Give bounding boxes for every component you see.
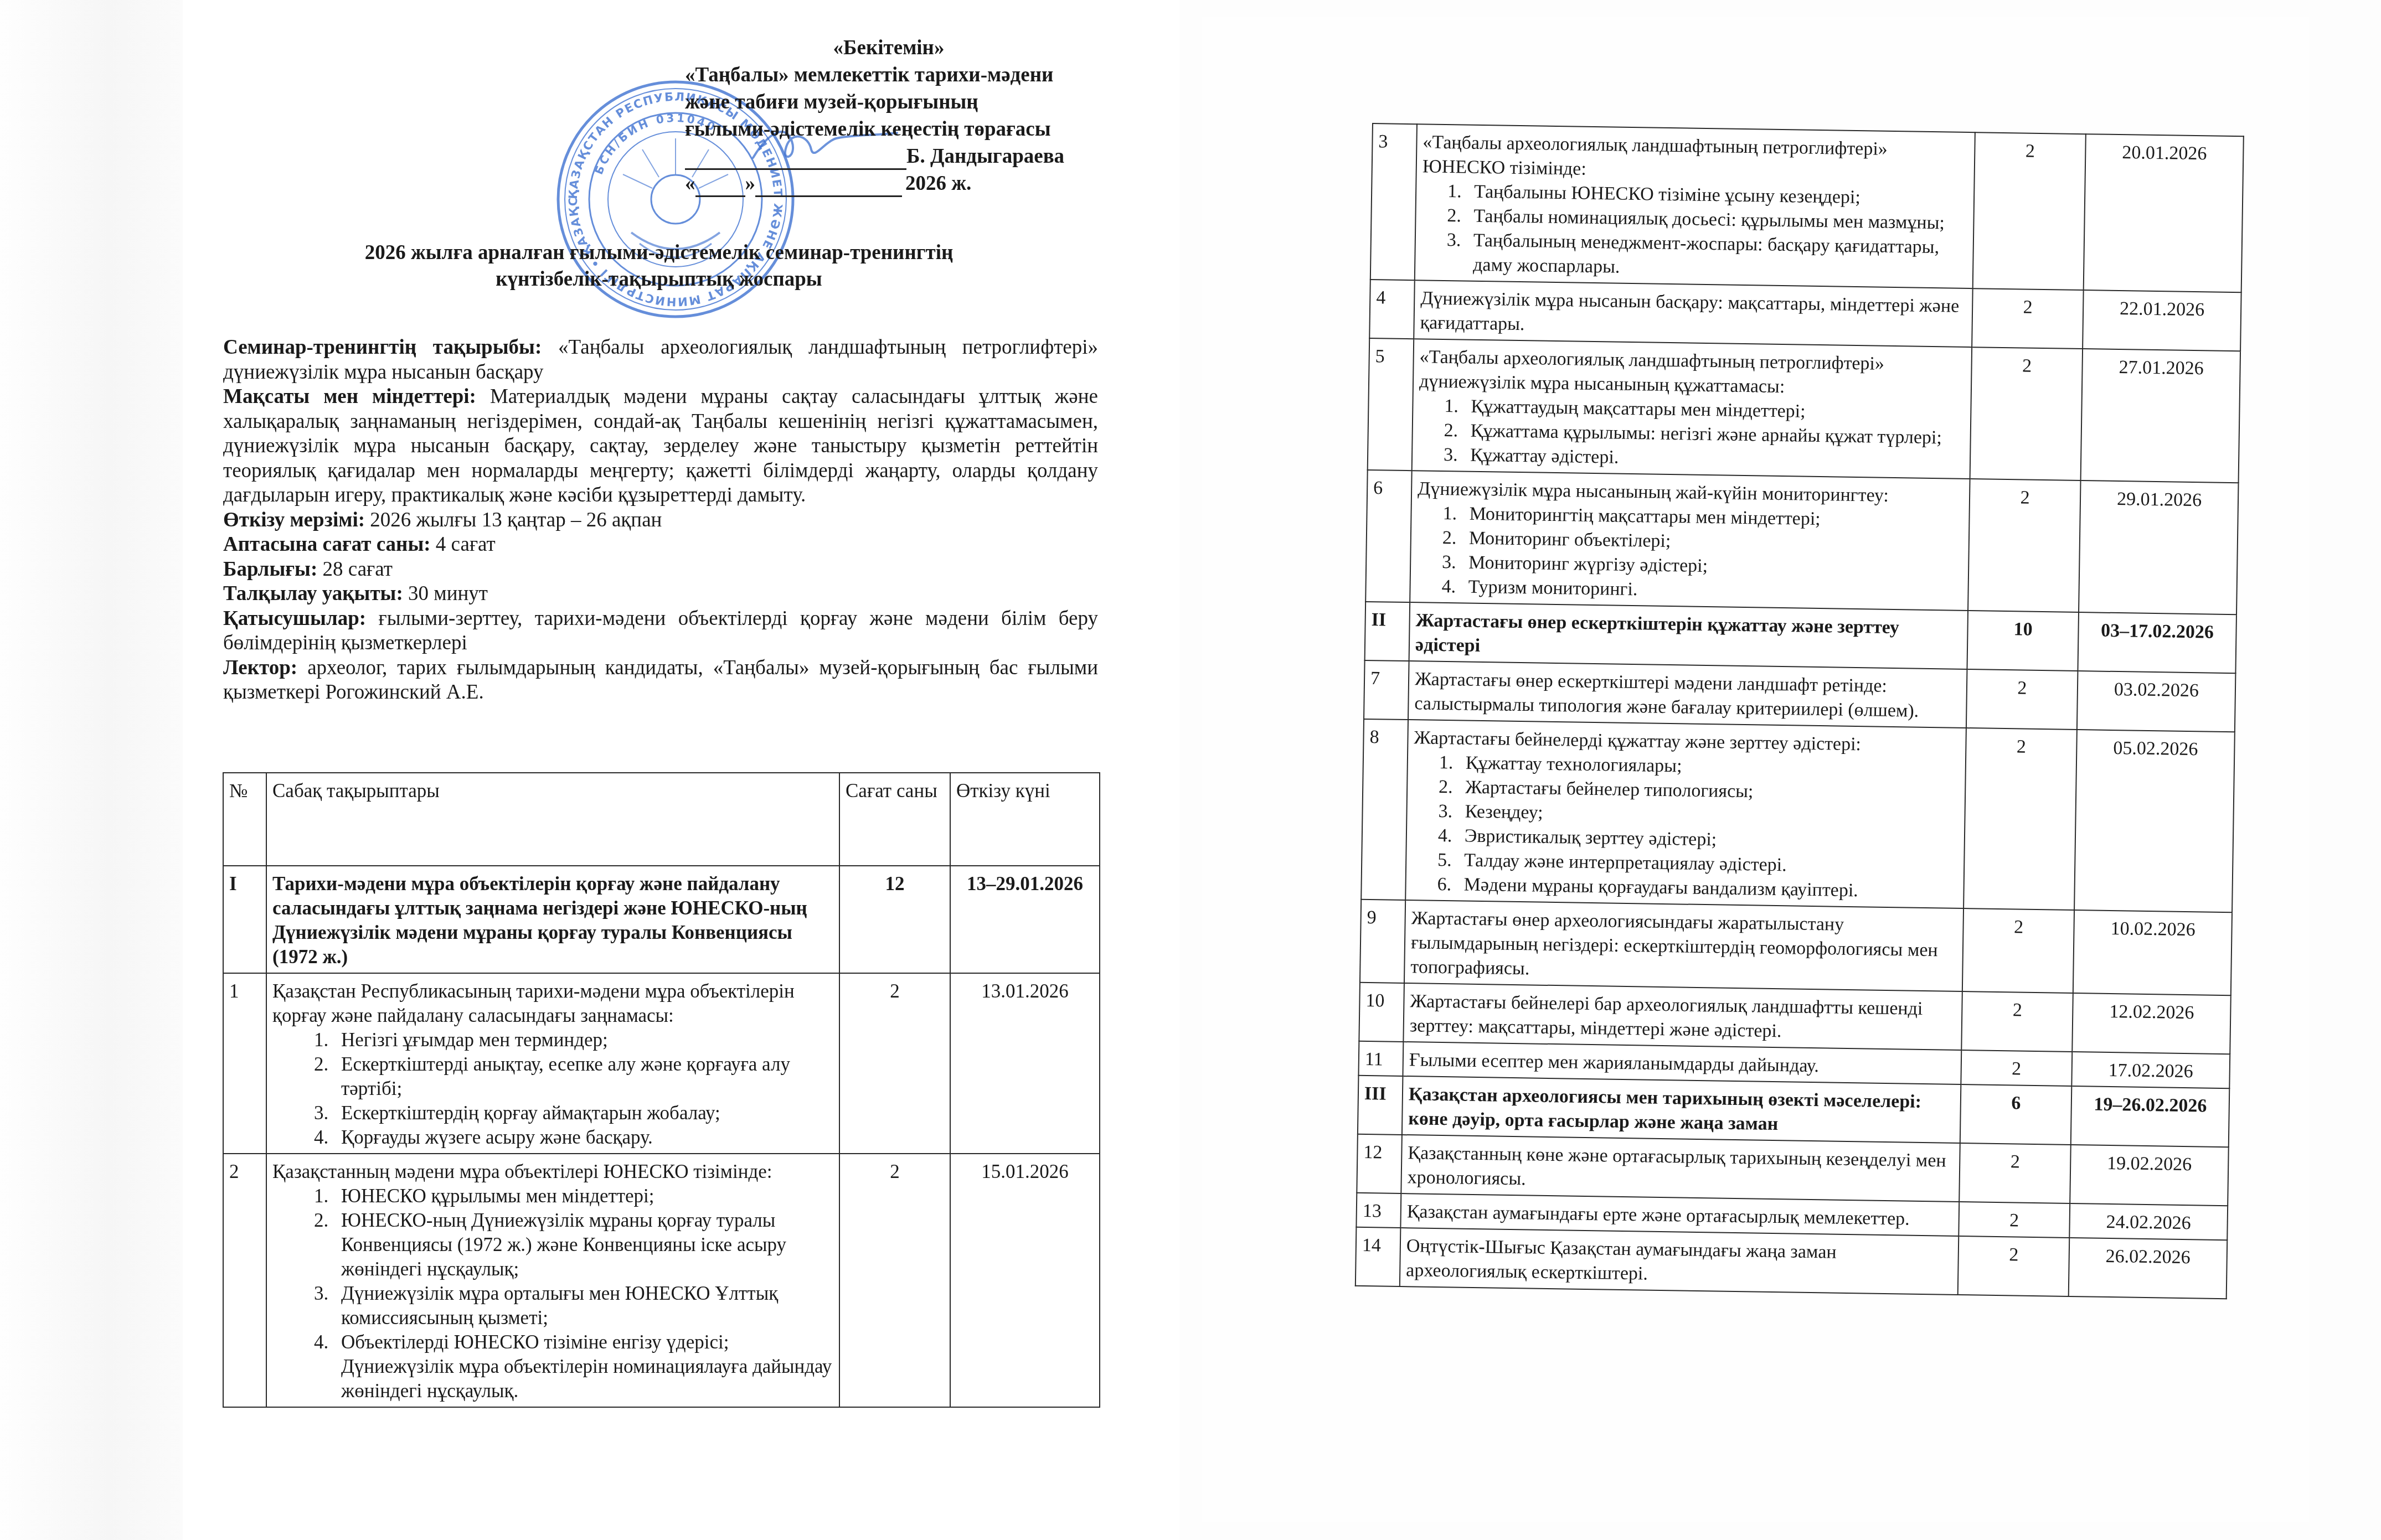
table-row: 1Қазақстан Республикасының тарихи-мәдени… [223, 973, 1100, 1154]
cell-hours: 2 [1963, 728, 2077, 910]
schedule-table-part-1: № Сабақ тақырыптары Сағат саны Өткізу кү… [223, 772, 1100, 1408]
cell-num: 12 [1357, 1134, 1402, 1193]
cell-num: 5 [1368, 338, 1414, 471]
topic-text: Жартастағы өнер ескерткіштерін құжаттау … [1415, 608, 1962, 665]
cell-topic: Жартастағы өнер ескерткіштері мәдени лан… [1408, 661, 1967, 728]
topic-text: Қазақстан археологиясы мен тарихының өзе… [1408, 1082, 1955, 1139]
cell-date: 19.02.2026 [2070, 1145, 2229, 1206]
approval-heading: «Бекітемін» [678, 34, 1099, 61]
subtopic-item: Объектілерді ЮНЕСКО тізіміне енгізу үдер… [333, 1330, 833, 1403]
header-topic: Сабақ тақырыптары [266, 773, 839, 866]
subtopic-item: Таңбалының менеджмент-жоспары: басқару қ… [1465, 229, 1967, 285]
topic-text: Жартастағы өнер ескерткіштері мәдени лан… [1414, 667, 1961, 724]
cell-hours: 2 [1961, 1050, 2072, 1086]
subtopic-list: Құжаттау технологиялары;Жартастағы бейне… [1411, 750, 1960, 905]
cell-hours: 2 [1959, 1143, 2071, 1203]
info-total-hours: Барлығы: 28 сағат [223, 557, 1098, 582]
cell-num: 7 [1364, 660, 1409, 720]
info-topic: Семинар-тренингтің тақырыбы: «Таңбалы ар… [223, 335, 1098, 385]
subtopic-list: Мониторингтің мақсаттары мен міндеттері;… [1416, 501, 1963, 607]
info-period: Өткізу мерзімі: 2026 жылғы 13 қаңтар – 2… [223, 508, 1098, 533]
cell-date: 24.02.2026 [2069, 1203, 2228, 1240]
cell-date: 26.02.2026 [2069, 1238, 2228, 1299]
cell-topic: Жартастағы өнер ескерткіштерін құжаттау … [1409, 602, 1968, 669]
table-row: 3«Таңбалы археологиялық ландшафтының пет… [1370, 123, 2244, 292]
cell-date: 27.01.2026 [2081, 349, 2240, 483]
cell-num: 6 [1365, 470, 1412, 602]
cell-topic: Тарихи-мәдени мұра объектілерін қорғау ж… [266, 866, 839, 973]
cell-hours: 2 [1970, 347, 2083, 480]
cell-date: 12.02.2026 [2072, 993, 2231, 1054]
date-month-line [755, 175, 902, 197]
cell-num: 1 [223, 973, 266, 1154]
cell-topic: «Таңбалы археологиялық ландшафтының петр… [1412, 339, 1972, 479]
info-participants: Қатысушылар: ғылыми-зерттеу, тарихи-мәде… [223, 607, 1098, 656]
topic-text: Ғылыми есептер мен жарияланымдарды дайын… [1409, 1048, 1956, 1081]
title-line-2: күнтізбелік-тақырыптық жоспары [255, 266, 1063, 293]
cell-topic: Қазақстанның мәдени мұра объектілері ЮНЕ… [266, 1154, 839, 1407]
approval-line-2: және табиғи музей-қорығының [678, 89, 1099, 116]
cell-date: 05.02.2026 [2074, 730, 2235, 912]
table-row: 8Жартастағы бейнелерді құжаттау және зер… [1361, 719, 2235, 912]
approval-block: «Бекітемін» «Таңбалы» мемлекеттік тарихи… [678, 34, 1099, 197]
table-row: 5«Таңбалы археологиялық ландшафтының пет… [1368, 338, 2240, 483]
table-row: 14Оңтүстік-Шығыс Қазақстан аумағындағы ж… [1356, 1227, 2227, 1299]
table-row: 2Қазақстанның мәдени мұра объектілері ЮН… [223, 1154, 1100, 1407]
approval-line-1: «Таңбалы» мемлекеттік тарихи-мәдени [678, 61, 1099, 89]
signature-line [685, 148, 906, 170]
signatory-name: Б. Дандыгараева [906, 143, 1064, 170]
topic-text: «Таңбалы археологиялық ландшафтының петр… [1419, 345, 1966, 402]
topic-text: Тарихи-мәдени мұра объектілерін қорғау ж… [272, 872, 833, 969]
cell-hours: 2 [1973, 132, 2086, 290]
seminar-info: Семинар-тренингтің тақырыбы: «Таңбалы ар… [223, 335, 1098, 705]
document-title: 2026 жылға арналған ғылыми-әдістемелік с… [255, 240, 1063, 293]
cell-hours: 2 [1968, 479, 2081, 612]
subtopic-list: Негізгі ұғымдар мен терминдер;Ескерткішт… [272, 1028, 833, 1150]
cell-num: 4 [1369, 280, 1415, 339]
topic-text: Жартастағы бейнелері бар археологиялық л… [1409, 989, 1956, 1046]
cell-hours: 2 [1966, 669, 2078, 730]
cell-topic: Дүниежүзілік мұра нысанының жай-күйін мо… [1410, 471, 1970, 611]
cell-hours: 12 [839, 866, 950, 973]
cell-date: 22.01.2026 [2083, 290, 2241, 351]
title-line-1: 2026 жылға арналған ғылыми-әдістемелік с… [255, 240, 1063, 266]
date-close-quote: » [745, 170, 756, 197]
cell-hours: 2 [1972, 288, 2084, 349]
subtopic-item: Негізгі ұғымдар мен терминдер; [333, 1028, 833, 1052]
cell-topic: Қазақстан Республикасының тарихи-мәдени … [266, 973, 839, 1154]
cell-hours: 6 [1960, 1084, 2072, 1145]
subtopic-list: ЮНЕСКО құрылымы мен міндеттері;ЮНЕСКО-ны… [272, 1184, 833, 1403]
cell-num: I [223, 866, 266, 973]
cell-date: 13.01.2026 [950, 973, 1100, 1154]
cell-date: 10.02.2026 [2073, 910, 2232, 995]
cell-topic: Жартастағы бейнелері бар археологиялық л… [1403, 983, 1962, 1050]
date-year: 2026 ж. [902, 170, 971, 197]
cell-hours: 2 [839, 1154, 950, 1407]
cell-hours: 2 [1959, 1202, 2070, 1238]
subtopic-item: Ескерткіштердің қорғау аймақтарын жобала… [333, 1101, 833, 1125]
info-weekly-hours: Аптасына сағат саны: 4 сағат [223, 533, 1098, 557]
cell-num: 10 [1359, 983, 1404, 1042]
cell-topic: «Таңбалы археологиялық ландшафтының петр… [1415, 124, 1975, 288]
table-row: 9Жартастағы өнер археологиясындағы жарат… [1360, 900, 2232, 995]
date-day-line [695, 175, 745, 197]
cell-num: 14 [1356, 1227, 1401, 1286]
cell-num: 8 [1361, 719, 1408, 900]
topic-text: Дүниежүзілік мұра нысанын басқару: мақса… [1420, 286, 1966, 343]
info-lecturer: Лектор: археолог, тарих ғылымдарының кан… [223, 656, 1098, 705]
cell-hours: 2 [1958, 1236, 2070, 1296]
header-date: Өткізу күні [950, 773, 1100, 866]
cell-num: 3 [1370, 123, 1417, 280]
subtopic-item: Дүниежүзілік мұра орталығы мен ЮНЕСКО Ұл… [333, 1281, 833, 1330]
cell-num: 11 [1358, 1041, 1403, 1076]
cell-num: 2 [223, 1154, 266, 1407]
cell-num: II [1365, 602, 1410, 661]
table-header-row: № Сабақ тақырыптары Сағат саны Өткізу кү… [223, 773, 1100, 866]
subtopic-list: Құжаттаудың мақсаттары мен міндеттері;Құ… [1418, 394, 1965, 475]
cell-date: 03–17.02.2026 [2078, 612, 2236, 673]
cell-date: 20.01.2026 [2084, 134, 2244, 292]
cell-topic: Жартастағы бейнелерді құжаттау және зерт… [1405, 720, 1966, 908]
date-open-quote: « [685, 170, 695, 197]
cell-hours: 2 [1961, 991, 2073, 1052]
cell-hours: 10 [1967, 611, 2079, 671]
cell-num: III [1358, 1076, 1403, 1135]
header-num: № [223, 773, 266, 866]
cell-topic: Дүниежүзілік мұра нысанын басқару: мақса… [1414, 280, 1972, 347]
topic-text: Қазақстан аумағындағы ерте және ортағасы… [1406, 1200, 1953, 1232]
cell-topic: Қазақстан археологиясы мен тарихының өзе… [1402, 1076, 1961, 1143]
approval-line-3: ғылыми-әдістемелік кеңестің төрағасы [678, 116, 1099, 143]
subtopic-item: Қорғауды жүзеге асыру және басқару. [333, 1125, 833, 1150]
cell-date: 13–29.01.2026 [950, 866, 1100, 973]
topic-text: Оңтүстік-Шығыс Қазақстан аумағындағы жаң… [1406, 1234, 1952, 1291]
subtopic-list: Таңбалыны ЮНЕСКО тізіміне ұсыну кезеңдер… [1421, 179, 1968, 285]
topic-text: «Таңбалы археологиялық ландшафтының петр… [1423, 130, 1969, 187]
topic-text: Жартастағы өнер археологиясындағы жараты… [1410, 906, 1957, 988]
info-discussion-time: Талқылау уақыты: 30 минут [223, 582, 1098, 607]
cell-hours: 2 [1962, 908, 2074, 993]
topic-text: Қазақстанның көне және ортағасырлық тари… [1407, 1141, 1954, 1198]
subtopic-item: ЮНЕСКО-ның Дүниежүзілік мұраны қорғау ту… [333, 1208, 833, 1281]
cell-topic: Қазақстанның көне және ортағасырлық тари… [1401, 1135, 1960, 1202]
table-section-row: IТарихи-мәдени мұра объектілерін қорғау … [223, 866, 1100, 973]
topic-text: Қазақстан Республикасының тарихи-мәдени … [272, 979, 833, 1028]
schedule-table-part-2: 3«Таңбалы археологиялық ландшафтының пет… [1355, 123, 2244, 1299]
subtopic-item: Ескерткіштерді анықтау, есепке алу және … [333, 1052, 833, 1101]
cell-date: 03.02.2026 [2077, 671, 2236, 732]
topic-text: Қазақстанның мәдени мұра объектілері ЮНЕ… [272, 1160, 833, 1184]
cell-topic: Жартастағы өнер археологиясындағы жараты… [1404, 900, 1963, 991]
cell-date: 19–26.02.2026 [2071, 1086, 2230, 1147]
cell-num: 13 [1356, 1193, 1401, 1228]
cell-topic: Оңтүстік-Шығыс Қазақстан аумағындағы жаң… [1400, 1228, 1959, 1295]
header-hours: Сағат саны [839, 773, 950, 866]
cell-hours: 2 [839, 973, 950, 1154]
info-goals: Мақсаты мен міндеттері: Материалдық мәде… [223, 385, 1098, 508]
cell-num: 9 [1360, 900, 1405, 983]
table-row: 6Дүниежүзілік мұра нысанының жай-күйін м… [1365, 470, 2238, 614]
cell-date: 15.01.2026 [950, 1154, 1100, 1407]
scan-background [0, 0, 183, 1540]
cell-date: 17.02.2026 [2071, 1052, 2230, 1088]
cell-date: 29.01.2026 [2079, 480, 2238, 614]
subtopic-item: ЮНЕСКО құрылымы мен міндеттері; [333, 1184, 833, 1208]
